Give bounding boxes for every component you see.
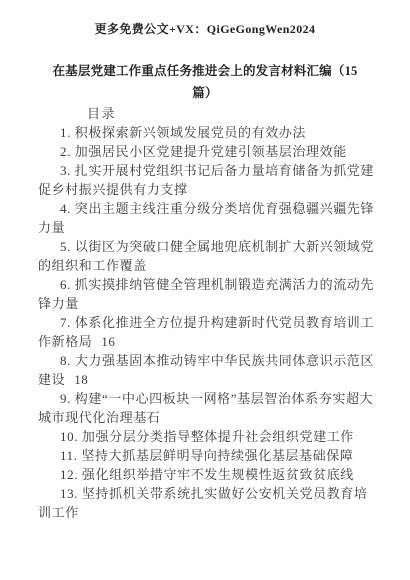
toc-item-text: 8. 大力强基固本推动铸牢中华民族共同体意识示范区建设	[38, 353, 374, 387]
document-title: 在基层党建工作重点任务推进会上的发言材料汇编（15 篇）	[52, 60, 358, 104]
toc-item: 13. 坚持抓机关带系统扎实做好公安机关党员教育培训工作	[38, 484, 375, 522]
toc-item: 7. 体系化推进全方位提升构建新时代党员教育培训工作新格局16	[38, 313, 375, 351]
toc-item: 3. 扎实开展村党组织书记后备力量培育储备为抓党建促乡村振兴提供有力支撑	[38, 161, 375, 199]
toc-item-text: 9. 构建“一中心四板块一网格”基层智治体系夯实超大城市现代化治理基石	[38, 391, 373, 425]
toc-item-text: 5. 以街区为突破口健全属地兜底机制扩大新兴领域党的组织和工作覆盖	[38, 239, 374, 273]
toc-item-text: 4. 突出主题主线注重分级分类培优育强稳疆兴疆先锋力量	[38, 201, 374, 235]
toc-item: 2. 加强居民小区党建提升党建引领基层治理效能	[38, 142, 375, 161]
document-page: 更多免费公文+VX：QiGeGongWen2024 在基层党建工作重点任务推进会…	[0, 0, 410, 580]
toc-item: 5. 以街区为突破口健全属地兜底机制扩大新兴领域党的组织和工作覆盖	[38, 237, 375, 275]
toc-item-page-number: 18	[74, 372, 88, 387]
toc-item: 12. 强化组织举措守牢不发生规模性返贫致贫底线	[38, 465, 375, 484]
toc-item: 11. 坚持大抓基层鲜明导向持续强化基层基础保障	[38, 446, 375, 465]
toc-item-text: 6. 抓实摸排纳管健全管理机制锻造充满活力的流动先锋力量	[38, 277, 374, 311]
toc-item-text: 10. 加强分层分类指导整体提升社会组织党建工作	[60, 429, 354, 444]
toc-item: 6. 抓实摸排纳管健全管理机制锻造充满活力的流动先锋力量	[38, 275, 375, 313]
toc-item-text: 1. 积极探索新兴领域发展党员的有效办法	[60, 125, 306, 140]
toc-item: 4. 突出主题主线注重分级分类培优育强稳疆兴疆先锋力量	[38, 199, 375, 237]
toc-item: 1. 积极探索新兴领域发展党员的有效办法	[38, 123, 375, 142]
toc-item-text: 11. 坚持大抓基层鲜明导向持续强化基层基础保障	[60, 448, 353, 463]
toc-item-text: 7. 体系化推进全方位提升构建新时代党员教育培训工作新格局	[38, 315, 374, 349]
toc-item-text: 12. 强化组织举措守牢不发生规模性返贫致贫底线	[60, 467, 354, 482]
table-of-contents: 目录 1. 积极探索新兴领域发展党员的有效办法 2. 加强居民小区党建提升党建引…	[38, 104, 375, 522]
promo-header-line: 更多免费公文+VX：QiGeGongWen2024	[0, 0, 410, 38]
toc-item: 8. 大力强基固本推动铸牢中华民族共同体意识示范区建设18	[38, 351, 375, 389]
toc-item-text: 2. 加强居民小区党建提升党建引领基层治理效能	[60, 144, 347, 159]
toc-item-text: 3. 扎实开展村党组织书记后备力量培育储备为抓党建促乡村振兴提供有力支撑	[38, 163, 374, 197]
toc-item: 10. 加强分层分类指导整体提升社会组织党建工作	[38, 427, 375, 446]
toc-heading: 目录	[38, 104, 375, 123]
toc-item-text: 13. 坚持抓机关带系统扎实做好公安机关党员教育培训工作	[38, 486, 368, 520]
toc-item-page-number: 16	[101, 334, 115, 349]
toc-item: 9. 构建“一中心四板块一网格”基层智治体系夯实超大城市现代化治理基石	[38, 389, 375, 427]
